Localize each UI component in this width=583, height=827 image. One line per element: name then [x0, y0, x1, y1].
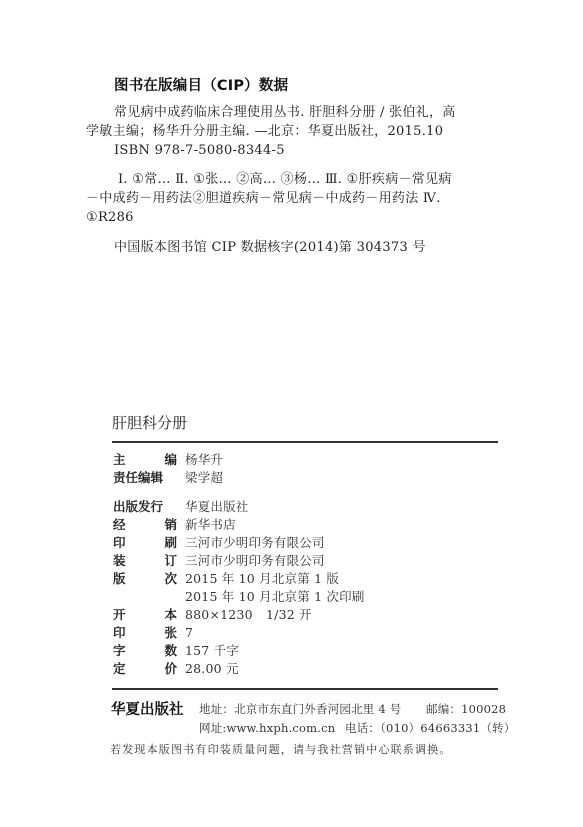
- editor-label: 主 编: [113, 451, 177, 469]
- publisher-name: 华夏出版社: [111, 698, 184, 719]
- publisher-website: 网址:www.hxph.com.cn: [199, 720, 335, 736]
- cip-classification-3: ①R286: [86, 208, 134, 227]
- cip-record-number: 中国版本图书馆 CIP 数据核字(2014)第 304373 号: [114, 238, 426, 257]
- publisher-address: 地址：北京市东直门外香河园北里 4 号: [199, 701, 401, 717]
- publisher-phone: 电话：（010）64663331（转）: [345, 720, 516, 736]
- cip-line-2: 学敏主编；杨华升分册主编. —北京：华夏出版社，2015.10: [86, 122, 443, 141]
- publisher-postcode: 邮编：100028: [426, 701, 506, 717]
- cip-isbn: ISBN 978-7-5080-8344-5: [114, 141, 285, 160]
- responsible-editor-label: 责任编辑: [113, 469, 177, 487]
- cip-classification-1: Ⅰ. ①常… Ⅱ. ①张… ②高… ③杨… Ⅲ. ①肝疾病－常见病: [118, 170, 452, 189]
- cip-line-1: 常见病中成药临床合理使用丛书. 肝胆科分册 / 张伯礼，高: [114, 103, 456, 122]
- publisher-divider: [112, 688, 498, 690]
- quality-notice: 若发现本版图书有印装质量问题，请与我社营销中心联系调换。: [110, 741, 452, 757]
- volume-title: 肝胆科分册: [112, 412, 187, 433]
- editor-value: 杨华升: [185, 451, 223, 469]
- cip-classification-2: －中成药－用药法②胆道疾病－常见病－中成药－用药法 Ⅳ.: [86, 189, 441, 208]
- cip-heading: 图书在版编目（CIP）数据: [114, 74, 288, 95]
- title-divider: [112, 441, 498, 443]
- responsible-editor-value: 梁学超: [185, 469, 223, 487]
